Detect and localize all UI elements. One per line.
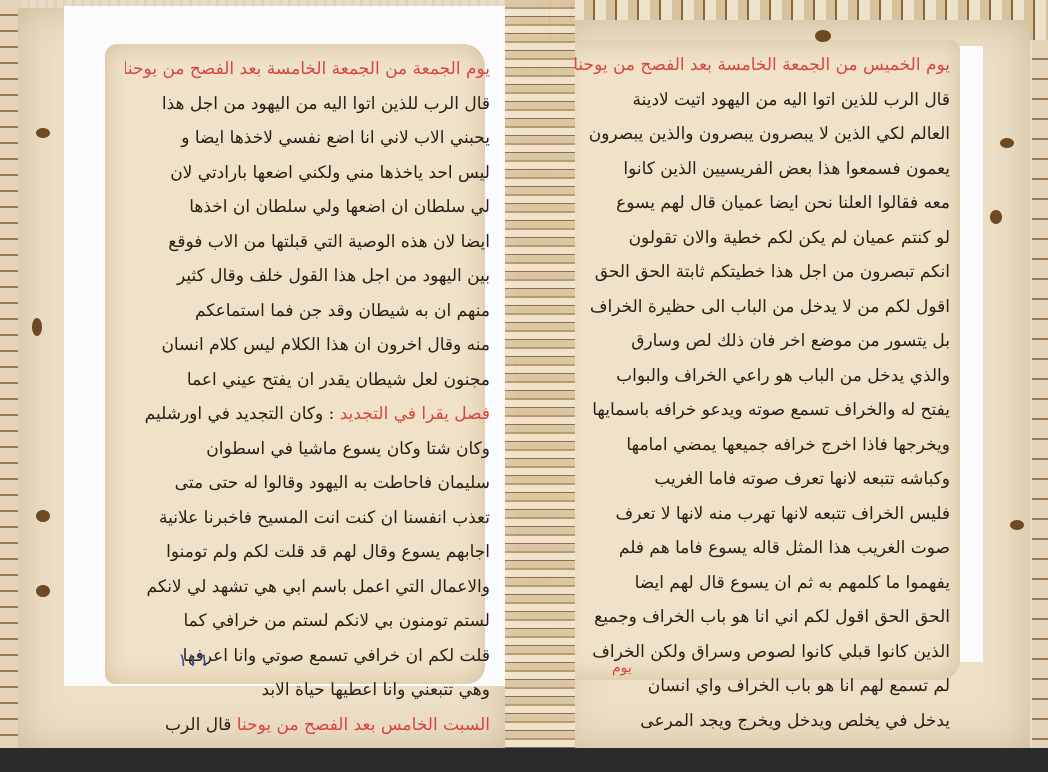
text-line: معه فقالوا العلنا نحن ايضا عميان قال لهم…: [570, 186, 950, 221]
text-line: صوت الغريب هذا المثل قاله يسوع فاما هم ف…: [570, 531, 950, 566]
closing-line: السبت الخامس بعد الفصح من يوحنا قال الرب: [125, 708, 490, 743]
left-heading: يوم الجمعة من الجمعة الخامسة بعد الفصح م…: [125, 52, 490, 87]
damage-hole: [36, 128, 50, 138]
right-heading: يوم الخميس من الجمعة الخامسة بعد الفصح م…: [570, 48, 950, 83]
section-rubric: فصل يقرا في التجديد: [340, 404, 490, 424]
damage-hole: [1010, 520, 1024, 530]
text-line: بين اليهود من اجل هذا القول خلف وقال كثي…: [125, 259, 490, 294]
damage-hole: [32, 318, 42, 336]
text-line: يفتح له والخراف تسمع صوته ويدعو خرافه با…: [570, 393, 950, 428]
text-line: اجابهم يسوع وقال لهم قد قلت لكم ولم تومن…: [125, 535, 490, 570]
text-line-with-rubric: فصل يقرا في التجديد : وكان التجديد في او…: [125, 397, 490, 432]
damage-hole: [36, 585, 50, 597]
text-line: العالم لكي الذين لا يبصرون يبصرون والذين…: [570, 117, 950, 152]
text-line: قال الرب للذين اتوا اليه من اليهود اتيت …: [570, 83, 950, 118]
damage-hole: [1000, 138, 1014, 148]
text-line: مجنون لعل شيطان يقدر ان يفتح عيني اعما: [125, 363, 490, 398]
text-line: يحبني الاب لاني انا اضع نفسي لاخذها ايضا…: [125, 121, 490, 156]
text-line: قال الرب للذين اتوا اليه من اليهود من اج…: [125, 87, 490, 122]
text-line: اقول لكم من لا يدخل من الباب الى حظيرة ا…: [570, 290, 950, 325]
text-line: والذي يدخل من الباب هو راعي الخراف والبو…: [570, 359, 950, 394]
text-line: بل يتسور من موضع اخر فان ذلك لص وسارق: [570, 324, 950, 359]
text-line: والاعمال التي اعمل باسم ابي هي تشهد لي ل…: [125, 570, 490, 605]
text-line: الحق الحق اقول لكم اني انا هو باب الخراف…: [570, 600, 950, 635]
text-line: ايضا لان هذه الوصية التي قبلتها من الاب …: [125, 225, 490, 260]
right-page-edges: [1032, 0, 1048, 752]
text-line: لي سلطان ان اضعها ولي سلطان ان اخذها: [125, 190, 490, 225]
manuscript-spread: يوم الجمعة من الجمعة الخامسة بعد الفصح م…: [0, 0, 1048, 752]
folio-number: ١١٦: [178, 650, 207, 671]
text-line: انكم تبصرون من اجل هذا خطيتكم ثابتة الحق…: [570, 255, 950, 290]
section-text: : وكان التجديد في اورشليم: [145, 404, 335, 424]
text-line: يعمون فسمعوا هذا بعض الفريسيين الذين كان…: [570, 152, 950, 187]
text-line: منهم ان به شيطان وقد جن فما استماعكم: [125, 294, 490, 329]
text-line: ويخرجها فاذا اخرج خرافه جميعها يمضي امام…: [570, 428, 950, 463]
text-line: وكباشه تتبعه لانها تعرف صوته فاما الغريب: [570, 462, 950, 497]
text-line: تعذب انفسنا ان كنت انت المسيح فاخبرنا عل…: [125, 501, 490, 536]
damage-hole: [815, 30, 831, 42]
text-line: يفهموا ما كلمهم به ثم ان يسوع قال لهم اي…: [570, 566, 950, 601]
catchword: يوم: [612, 660, 632, 676]
text-line: لو كنتم عميان لم يكن لكم خطية والان تقول…: [570, 221, 950, 256]
damage-hole: [990, 210, 1002, 224]
right-page-text: يوم الخميس من الجمعة الخامسة بعد الفصح م…: [570, 48, 950, 738]
text-line: وكان شتا وكان يسوع ماشيا في اسطوان: [125, 432, 490, 467]
closing-continuation: قال الرب: [165, 715, 231, 735]
background-table-surface: [0, 748, 1048, 772]
text-line: يدخل في يخلص ويدخل ويخرج ويجد المرعى: [570, 704, 950, 739]
text-line: ليس احد ياخذها مني ولكني اضعها بارادتي ل…: [125, 156, 490, 191]
damage-hole: [36, 510, 50, 522]
closing-rubric: السبت الخامس بعد الفصح من يوحنا: [237, 715, 490, 735]
left-page-text: يوم الجمعة من الجمعة الخامسة بعد الفصح م…: [125, 52, 490, 742]
text-line: منه وقال اخرون ان هذا الكلام ليس كلام ان…: [125, 328, 490, 363]
text-line: سليمان فاحاطت به اليهود وقالوا له حتى مت…: [125, 466, 490, 501]
text-line: لستم تومنون بي لانكم لستم من خرافي كما: [125, 604, 490, 639]
text-line: فليس الخراف تتبعه لانها تهرب منه لانها ل…: [570, 497, 950, 532]
binding-gutter: [505, 0, 575, 760]
text-line: وهي تتبعني وانا اعطيها حياة الابد: [125, 673, 490, 708]
